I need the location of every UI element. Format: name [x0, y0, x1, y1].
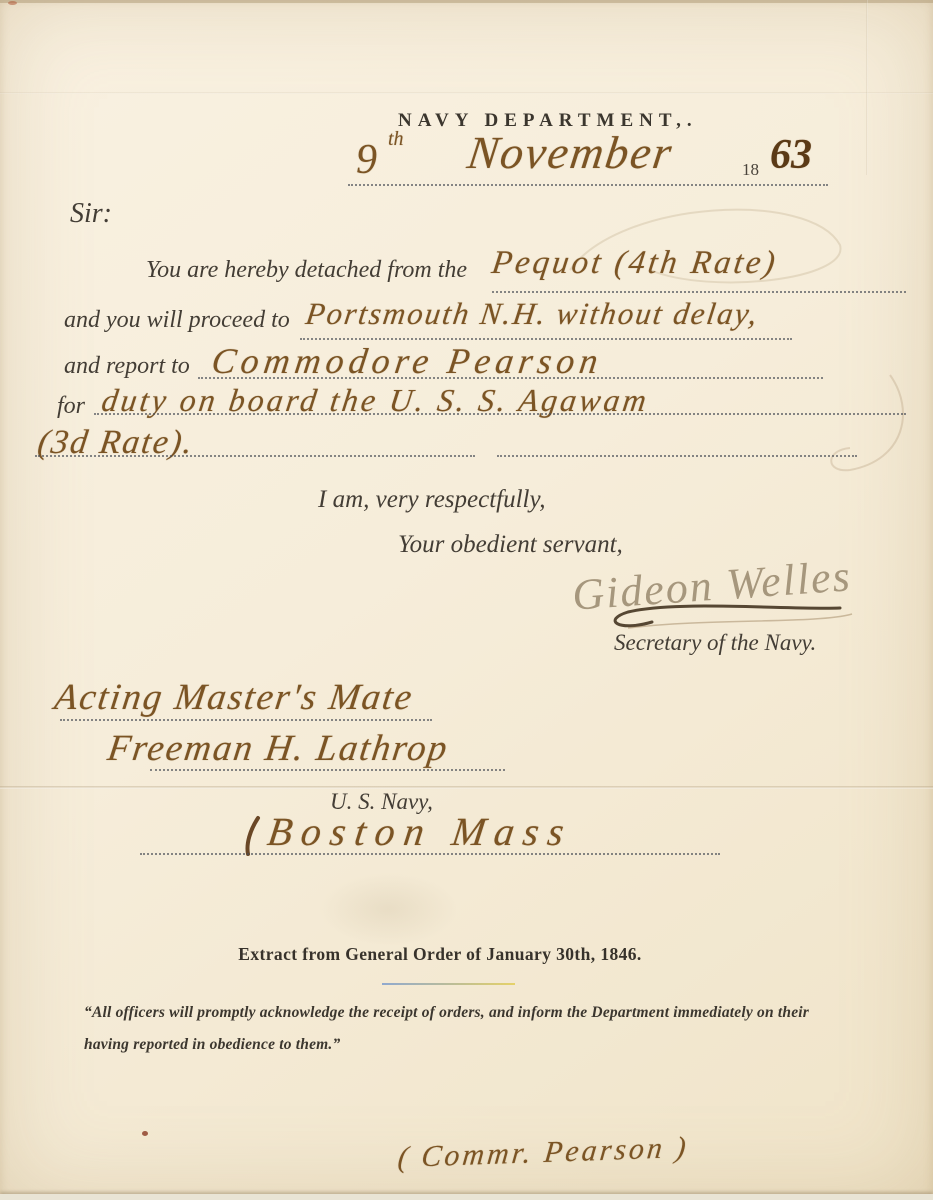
dotted-line	[198, 377, 823, 379]
salutation: Sir:	[70, 198, 112, 230]
addressee-rank: Acting Master's Mate	[52, 676, 416, 719]
fold-crease-line	[0, 786, 933, 789]
body-line4-printed: for	[57, 393, 85, 420]
body-line1-printed: You are hereby detached from the	[146, 257, 467, 284]
secretary-title: Secretary of the Navy.	[614, 630, 816, 656]
date-month: November	[464, 126, 677, 179]
body-line3-written: Commodore Pearson	[209, 340, 606, 382]
scan-edge-top	[0, 0, 933, 3]
ink-speck	[8, 1, 17, 5]
dotted-line	[140, 853, 720, 855]
body-line2-printed: and you will proceed to	[64, 307, 290, 334]
pen-flourish	[820, 370, 920, 480]
date-day: 9	[356, 136, 377, 184]
addressee-place: Boston Mass	[265, 808, 576, 855]
extract-quote-line1: “All officers will promptly acknowledge …	[84, 1004, 809, 1022]
date-century-printed: 18	[742, 160, 759, 180]
paper-stain	[318, 872, 458, 946]
dotted-line	[35, 455, 475, 457]
extract-quote-line2: having reported in obedience to them.”	[84, 1036, 340, 1054]
addressee-name: Freeman H. Lathrop	[105, 727, 452, 770]
closing-obedient-servant: Your obedient servant,	[398, 531, 623, 559]
dotted-line	[348, 184, 828, 186]
body-line3-printed: and report to	[64, 353, 190, 380]
body-line2-written: Portsmouth N.H. without delay,	[303, 296, 761, 332]
dotted-line	[150, 769, 505, 771]
dotted-line	[60, 719, 432, 721]
ink-speck	[142, 1131, 148, 1136]
closing-respectfully: I am, very respectfully,	[318, 486, 545, 514]
pen-tick-mark	[240, 816, 266, 858]
crease-line	[0, 92, 933, 94]
date-year: 63	[770, 131, 812, 179]
dotted-line	[497, 455, 857, 457]
date-day-suffix: th	[388, 128, 404, 151]
scan-edge-bottom	[0, 1194, 933, 1200]
extract-heading: Extract from General Order of January 30…	[0, 944, 880, 965]
body-line1-written: Pequot (4th Rate)	[489, 245, 780, 282]
dotted-line	[94, 413, 906, 415]
document-page: NAVY DEPARTMENT,. 9 th November 18 63 Si…	[0, 0, 933, 1200]
divider-rule	[382, 983, 515, 985]
dotted-line	[492, 291, 906, 293]
endorsement-signature: ( Commr. Pearson )	[396, 1131, 690, 1175]
crease-line	[866, 0, 868, 175]
